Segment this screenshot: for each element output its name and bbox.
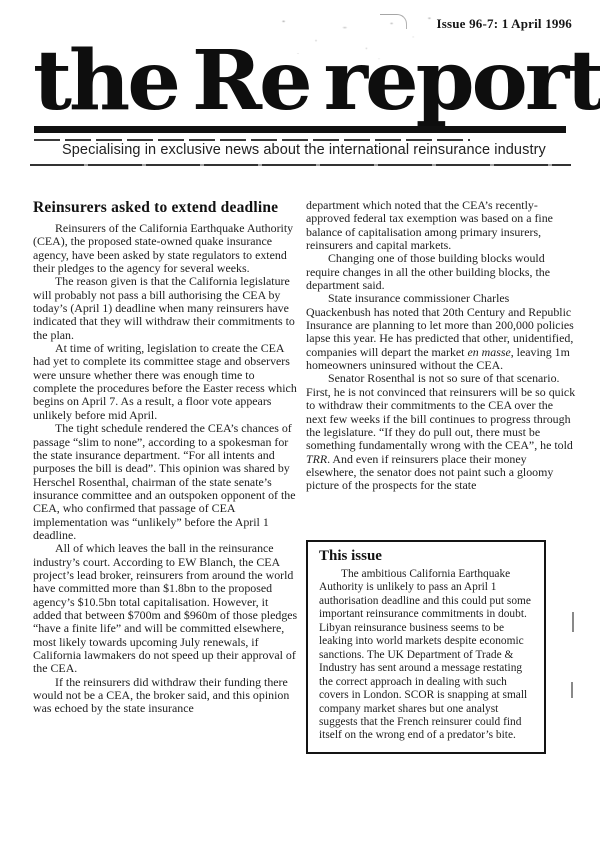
scan-squiggle-artifact xyxy=(380,14,407,29)
paragraph: Reinsurers of the California Earthquake … xyxy=(33,222,298,275)
masthead-rule-thick xyxy=(34,126,566,133)
left-column: Reinsurers asked to extend deadline Rein… xyxy=(33,199,298,716)
this-issue-box: This issue The ambitious California Eart… xyxy=(306,540,546,754)
paragraph: The tight schedule rendered the CEA’s ch… xyxy=(33,422,298,542)
paragraph: Senator Rosenthal is not so sure of that… xyxy=(306,372,576,492)
paragraph: Changing one of those building blocks wo… xyxy=(306,252,576,292)
this-issue-title: This issue xyxy=(319,548,536,565)
italic-phrase: en masse xyxy=(467,345,510,359)
right-column: department which noted that the CEA’s re… xyxy=(306,199,576,493)
issue-date-line: Issue 96-7: 1 April 1996 xyxy=(436,16,572,32)
article-headline: Reinsurers asked to extend deadline xyxy=(33,199,298,217)
paragraph-text: . And even if reinsurers place their mon… xyxy=(306,452,553,493)
paragraph: State insurance commissioner Charles Qua… xyxy=(306,292,576,372)
masthead-rule-thin xyxy=(34,139,470,141)
masthead-title: the Re report xyxy=(33,40,600,122)
masthead-tagline: Specialising in exclusive news about the… xyxy=(62,142,562,158)
paragraph: If the reinsurers did withdraw their fun… xyxy=(33,676,298,716)
scan-tick-artifact xyxy=(572,612,574,632)
tagline-rule xyxy=(30,164,571,166)
paragraph: All of which leaves the ball in the rein… xyxy=(33,542,298,675)
paragraph: department which noted that the CEA’s re… xyxy=(306,199,576,252)
paragraph: At time of writing, legislation to creat… xyxy=(33,342,298,422)
paragraph-text: Senator Rosenthal is not so sure of that… xyxy=(306,371,575,452)
newsletter-page: Issue 96-7: 1 April 1996 the Re report S… xyxy=(0,0,600,842)
paragraph: The reason given is that the California … xyxy=(33,275,298,342)
scan-tick-artifact xyxy=(571,682,573,698)
this-issue-body: The ambitious California Earthquake Auth… xyxy=(319,568,536,743)
italic-phrase: TRR xyxy=(306,452,327,466)
